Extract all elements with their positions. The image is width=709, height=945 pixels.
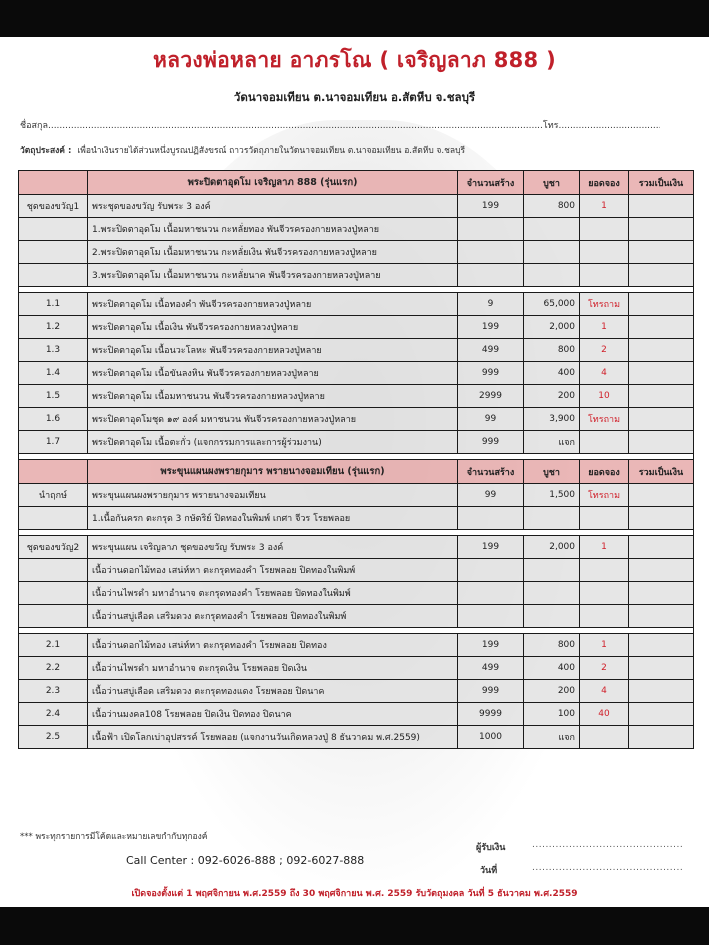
sub-item-row: 1.เนื้อกันครก ตะกรุด 3 กษัตริย์ ปิดทองใน…	[19, 507, 694, 530]
item-name: เนื้อว่านดอกไม้ทอง เสน่ห์หา ตะกรุดทองคำ …	[88, 634, 458, 657]
sub-item-quantity	[458, 218, 524, 241]
column-header-booked: ยอดจอง	[580, 171, 629, 195]
sub-item-price	[524, 559, 580, 582]
item-price: 3,900	[524, 408, 580, 431]
sub-item-quantity	[458, 605, 524, 628]
item-quantity: 9	[458, 293, 524, 316]
sub-item-row: เนื้อว่านไพรดำ มหาอำนาจ ตะกรุดทองคำ โรยพ…	[19, 582, 694, 605]
sub-item-quantity	[458, 559, 524, 582]
sub-item-booked	[580, 582, 629, 605]
item-booked[interactable]: 4	[580, 680, 629, 703]
item-code: 1.5	[19, 385, 88, 408]
sub-item-price	[524, 507, 580, 530]
sub-item-name: 3.พระปิดตาอุดโม เนื้อมหาชนวน กะหลั่ยนาค …	[88, 264, 458, 287]
sub-item-total	[629, 264, 694, 287]
item-code: 2.4	[19, 703, 88, 726]
table-row: 1.2พระปิดตาอุดโม เนื้อเงิน พันจีวรครองกา…	[19, 316, 694, 339]
sub-item-row: 2.พระปิดตาอุดโม เนื้อมหาชนวน กะหลั่ยเงิน…	[19, 241, 694, 264]
item-total[interactable]	[629, 339, 694, 362]
item-name: พระปิดตาอุดโม เนื้อตะกั่ว (แจกกรรมการและ…	[88, 431, 458, 454]
item-name: พระขุนแผนผงพรายกุมาร พรายนางจอมเทียน	[88, 484, 458, 507]
item-price: 800	[524, 634, 580, 657]
sub-item-name: เนื้อว่านดอกไม้ทอง เสน่ห์หา ตะกรุดทองคำ …	[88, 559, 458, 582]
receiver-field[interactable]: ........................................…	[532, 840, 682, 850]
sub-item-quantity	[458, 507, 524, 530]
table-row: 1.5พระปิดตาอุดโม เนื้อมหาชนวน พันจีวรครอ…	[19, 385, 694, 408]
item-price: 200	[524, 385, 580, 408]
sub-item-price	[524, 605, 580, 628]
sub-item-row: 3.พระปิดตาอุดโม เนื้อมหาชนวน กะหลั่ยนาค …	[19, 264, 694, 287]
sub-item-name: เนื้อว่านสบู่เลือด เสริมดวง ตะกรุดทองคำ …	[88, 605, 458, 628]
name-phone-field-line[interactable]: ชื่อสกุล................................…	[20, 118, 660, 132]
item-price: 2,000	[524, 316, 580, 339]
item-quantity: 99	[458, 408, 524, 431]
date-field[interactable]: ........................................…	[532, 863, 682, 873]
table-row: 1.1พระปิดตาอุดโม เนื้อทองคำ พันจีวรครองก…	[19, 293, 694, 316]
table-row: ชุดของขวัญ1พระชุดของขวัญ รับพระ 3 องค์19…	[19, 195, 694, 218]
column-header-price: บูชา	[524, 171, 580, 195]
item-total[interactable]	[629, 680, 694, 703]
table-row: 1.4พระปิดตาอุดโม เนื้อขันลงหิน พันจีวรคร…	[19, 362, 694, 385]
item-code: 2.2	[19, 657, 88, 680]
sub-item-booked	[580, 507, 629, 530]
item-name: เนื้อฟ้า เปิดโลกเบ่าอุปสรรค์ โรยพลอย (แจ…	[88, 726, 458, 749]
sub-item-name: 1.พระปิดตาอุดโม เนื้อมหาชนวน กะหลั่ยทอง …	[88, 218, 458, 241]
item-code: ชุดของขวัญ2	[19, 536, 88, 559]
temple-address: วัดนาจอมเทียน ต.นาจอมเทียน อ.สัตหีบ จ.ชล…	[0, 89, 709, 107]
item-name: พระปิดตาอุดโม เนื้อมหาชนวน พันจีวรครองกา…	[88, 385, 458, 408]
item-quantity: 999	[458, 431, 524, 454]
item-price: 200	[524, 680, 580, 703]
table-row: 2.2เนื้อว่านไพรดำ มหาอำนาจ ตะกรุดเงิน โร…	[19, 657, 694, 680]
column-header-booked: ยอดจอง	[580, 460, 629, 484]
receiver-label: ผู้รับเงิน	[476, 840, 505, 854]
table-row: 2.1เนื้อว่านดอกไม้ทอง เสน่ห์หา ตะกรุดทอง…	[19, 634, 694, 657]
item-name: พระปิดตาอุดโม เนื้อขันลงหิน พันจีวรครองก…	[88, 362, 458, 385]
sub-item-row: 1.พระปิดตาอุดโม เนื้อมหาชนวน กะหลั่ยทอง …	[19, 218, 694, 241]
sub-item-price	[524, 582, 580, 605]
sub-item-code	[19, 605, 88, 628]
sub-item-quantity	[458, 264, 524, 287]
section-header-row: พระปิดตาอุดโม เจริญลาภ 888 (รุ่นแรก)จำนว…	[19, 171, 694, 195]
table-row: 1.3พระปิดตาอุดโม เนื้อนวะโลหะ พันจีวรครอ…	[19, 339, 694, 362]
item-booked[interactable]: 1	[580, 316, 629, 339]
table-row: 2.3เนื้อว่านสบู่เลือด เสริมดวง ตะกรุดทอง…	[19, 680, 694, 703]
item-booked[interactable]: 1	[580, 536, 629, 559]
item-booked[interactable]: 2	[580, 339, 629, 362]
sub-item-total	[629, 559, 694, 582]
sub-item-row: เนื้อว่านสบู่เลือด เสริมดวง ตะกรุดทองคำ …	[19, 605, 694, 628]
item-booked[interactable]: 2	[580, 657, 629, 680]
item-total[interactable]	[629, 726, 694, 749]
item-name: พระปิดตาอุดโม เนื้อทองคำ พันจีวรครองกายห…	[88, 293, 458, 316]
sub-item-booked	[580, 218, 629, 241]
sub-item-name: เนื้อว่านไพรดำ มหาอำนาจ ตะกรุดทองคำ โรยพ…	[88, 582, 458, 605]
item-name: เนื้อว่านไพรดำ มหาอำนาจ ตะกรุดเงิน โรยพล…	[88, 657, 458, 680]
item-code: 1.1	[19, 293, 88, 316]
item-code: 2.3	[19, 680, 88, 703]
date-label: วันที่	[480, 863, 497, 877]
item-code: 1.4	[19, 362, 88, 385]
table-row: 1.7พระปิดตาอุดโม เนื้อตะกั่ว (แจกกรรมการ…	[19, 431, 694, 454]
section-title: พระปิดตาอุดโม เจริญลาภ 888 (รุ่นแรก)	[88, 171, 458, 195]
item-total[interactable]	[629, 195, 694, 218]
sub-item-booked	[580, 559, 629, 582]
item-price: 800	[524, 339, 580, 362]
sub-item-total	[629, 507, 694, 530]
sub-item-code	[19, 241, 88, 264]
item-booked[interactable]	[580, 726, 629, 749]
sub-item-code	[19, 507, 88, 530]
sub-item-price	[524, 218, 580, 241]
item-price: 2,000	[524, 536, 580, 559]
item-booked[interactable]: 1	[580, 195, 629, 218]
item-quantity: 199	[458, 316, 524, 339]
sub-item-booked	[580, 264, 629, 287]
item-code: 2.5	[19, 726, 88, 749]
item-name: พระขุนแผน เจริญลาภ ชุดของขวัญ รับพระ 3 อ…	[88, 536, 458, 559]
bottom-black-bar	[0, 907, 709, 945]
top-black-bar	[0, 0, 709, 37]
sub-item-booked	[580, 241, 629, 264]
item-total[interactable]	[629, 657, 694, 680]
column-header-total: รวมเป็นเงิน	[629, 171, 694, 195]
order-form-table: พระปิดตาอุดโม เจริญลาภ 888 (รุ่นแรก)จำนว…	[18, 170, 694, 749]
call-center: Call Center : 092-6026-888 ; 092-6027-88…	[126, 854, 364, 867]
item-total[interactable]	[629, 634, 694, 657]
item-code: ชุดของขวัญ1	[19, 195, 88, 218]
item-quantity: 999	[458, 680, 524, 703]
item-name: เนื้อว่านมงคล108 โรยพลอย ปิดเงิน ปิดทอง …	[88, 703, 458, 726]
item-price: แจก	[524, 431, 580, 454]
table-row: 2.4เนื้อว่านมงคล108 โรยพลอย ปิดเงิน ปิดท…	[19, 703, 694, 726]
booking-schedule: เปิดจองตั้งแต่ 1 พฤศจิกายน พ.ศ.2559 ถึง …	[0, 886, 709, 900]
sub-item-quantity	[458, 241, 524, 264]
column-header-total: รวมเป็นเงิน	[629, 460, 694, 484]
item-price: 400	[524, 657, 580, 680]
item-price: 100	[524, 703, 580, 726]
item-quantity: 99	[458, 484, 524, 507]
item-quantity: 999	[458, 362, 524, 385]
item-quantity: 9999	[458, 703, 524, 726]
item-quantity: 499	[458, 339, 524, 362]
item-booked[interactable]: 40	[580, 703, 629, 726]
sub-item-row: เนื้อว่านดอกไม้ทอง เสน่ห์หา ตะกรุดทองคำ …	[19, 559, 694, 582]
item-total[interactable]	[629, 703, 694, 726]
section-header-row: พระขุนแผนผงพรายกุมาร พรายนางจอมเทียน (รุ…	[19, 460, 694, 484]
item-code: 1.3	[19, 339, 88, 362]
item-code: 2.1	[19, 634, 88, 657]
table-row: นำฤกษ์พระขุนแผนผงพรายกุมาร พรายนางจอมเที…	[19, 484, 694, 507]
sub-item-price	[524, 264, 580, 287]
item-code: 1.7	[19, 431, 88, 454]
item-quantity: 199	[458, 634, 524, 657]
column-header-quantity: จำนวนสร้าง	[458, 460, 524, 484]
page-title: หลวงพ่อหลาย อาภรโณ ( เจริญลาภ 888 )	[0, 44, 709, 77]
item-total[interactable]	[629, 408, 694, 431]
item-total[interactable]	[629, 316, 694, 339]
table-row: 1.6พระปิดตาอุดโมชุด ๑๙ องค์ มหาชนวน พันจ…	[19, 408, 694, 431]
header-code-cell	[19, 460, 88, 484]
item-name: เนื้อว่านสบู่เลือด เสริมดวง ตะกรุดทองแดง…	[88, 680, 458, 703]
item-quantity: 199	[458, 536, 524, 559]
item-total[interactable]	[629, 431, 694, 454]
item-quantity: 499	[458, 657, 524, 680]
sub-item-total	[629, 605, 694, 628]
table-row: 2.5เนื้อฟ้า เปิดโลกเบ่าอุปสรรค์ โรยพลอย …	[19, 726, 694, 749]
item-total[interactable]	[629, 293, 694, 316]
sub-item-code	[19, 264, 88, 287]
item-price: 400	[524, 362, 580, 385]
sub-item-booked	[580, 605, 629, 628]
item-name: พระปิดตาอุดโม เนื้อเงิน พันจีวรครองกายหล…	[88, 316, 458, 339]
table-row: ชุดของขวัญ2พระขุนแผน เจริญลาภ ชุดของขวัญ…	[19, 536, 694, 559]
sub-item-price	[524, 241, 580, 264]
item-booked[interactable]: 1	[580, 634, 629, 657]
item-price: แจก	[524, 726, 580, 749]
sub-item-total	[629, 582, 694, 605]
header-code-cell	[19, 171, 88, 195]
sub-item-total	[629, 218, 694, 241]
sub-item-code	[19, 582, 88, 605]
sub-item-name: 2.พระปิดตาอุดโม เนื้อมหาชนวน กะหลั่ยเงิน…	[88, 241, 458, 264]
item-booked[interactable]	[580, 431, 629, 454]
item-name: พระปิดตาอุดโมชุด ๑๙ องค์ มหาชนวน พันจีวร…	[88, 408, 458, 431]
item-total[interactable]	[629, 362, 694, 385]
item-code: 1.2	[19, 316, 88, 339]
footnote: *** พระทุกรายการมีโค้ดและหมายเลขกำกับทุก…	[20, 829, 207, 843]
item-price: 800	[524, 195, 580, 218]
sub-item-total	[629, 241, 694, 264]
item-price: 65,000	[524, 293, 580, 316]
item-booked[interactable]: โทรถาม	[580, 408, 629, 431]
item-name: พระปิดตาอุดโม เนื้อนวะโลหะ พันจีวรครองกา…	[88, 339, 458, 362]
item-quantity: 199	[458, 195, 524, 218]
item-quantity: 1000	[458, 726, 524, 749]
purpose-label: วัตถุประสงค์ :	[20, 146, 71, 156]
item-booked[interactable]: 10	[580, 385, 629, 408]
item-booked[interactable]: โทรถาม	[580, 484, 629, 507]
sub-item-code	[19, 218, 88, 241]
purpose-text: เพื่อนำเงินรายได้ส่วนหนึ่งบูรณปฏิสังขรณ์…	[77, 146, 465, 156]
sub-item-quantity	[458, 582, 524, 605]
sub-item-code	[19, 559, 88, 582]
item-total[interactable]	[629, 385, 694, 408]
item-booked[interactable]: โทรถาม	[580, 293, 629, 316]
sub-item-name: 1.เนื้อกันครก ตะกรุด 3 กษัตริย์ ปิดทองใน…	[88, 507, 458, 530]
column-header-price: บูชา	[524, 460, 580, 484]
item-quantity: 2999	[458, 385, 524, 408]
item-total[interactable]	[629, 484, 694, 507]
item-booked[interactable]: 4	[580, 362, 629, 385]
section-title: พระขุนแผนผงพรายกุมาร พรายนางจอมเทียน (รุ…	[88, 460, 458, 484]
item-code: 1.6	[19, 408, 88, 431]
item-price: 1,500	[524, 484, 580, 507]
item-total[interactable]	[629, 536, 694, 559]
purpose-line: วัตถุประสงค์ :เพื่อนำเงินรายได้ส่วนหนึ่ง…	[20, 143, 700, 157]
item-name: พระชุดของขวัญ รับพระ 3 องค์	[88, 195, 458, 218]
column-header-quantity: จำนวนสร้าง	[458, 171, 524, 195]
item-code: นำฤกษ์	[19, 484, 88, 507]
